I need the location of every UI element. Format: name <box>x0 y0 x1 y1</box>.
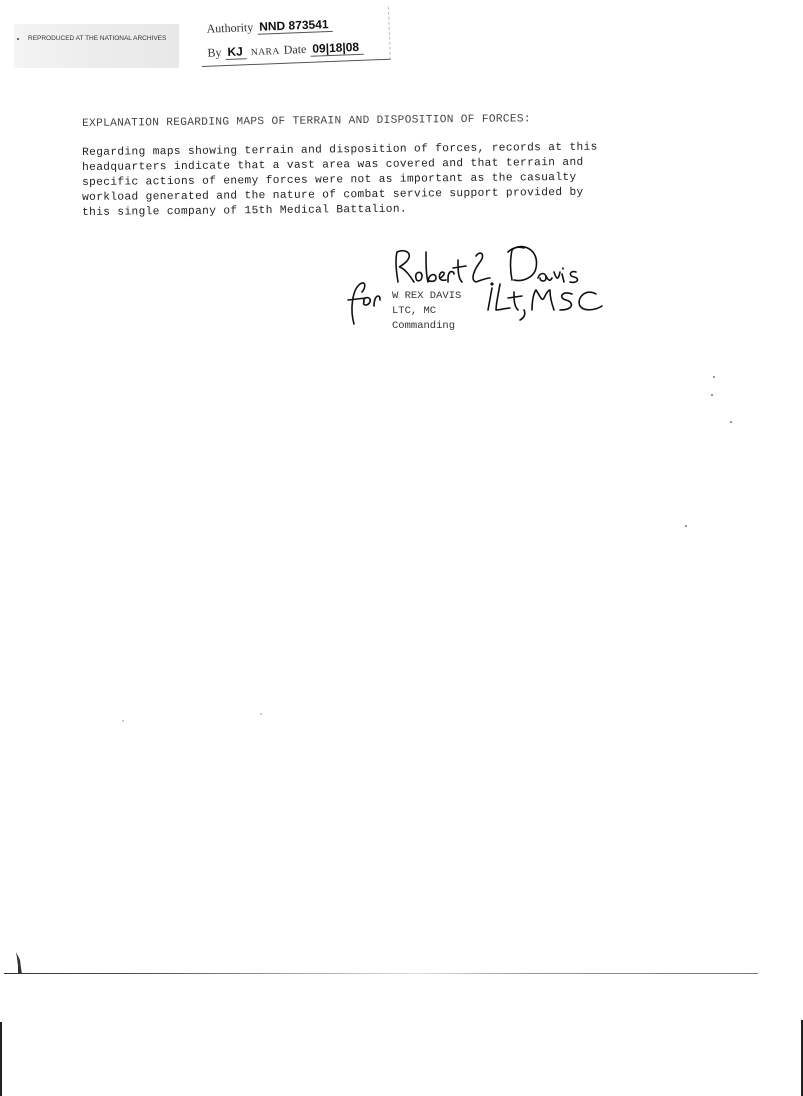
date-label: Date <box>283 42 306 57</box>
speck <box>713 376 715 378</box>
speck <box>260 713 262 715</box>
typed-signer-name: W REX DAVIS <box>392 290 461 302</box>
archive-banner <box>14 24 179 68</box>
date-value: 09|18|08 <box>310 40 363 57</box>
body-line: workload generated and the nature of com… <box>82 187 584 204</box>
archive-banner-text: REPRODUCED AT THE NATIONAL ARCHIVES <box>28 35 166 42</box>
speck <box>711 394 713 396</box>
speck <box>730 421 732 423</box>
typed-signer-rank: LTC, MC <box>392 305 436 317</box>
bottom-rule <box>4 973 758 974</box>
declassification-stamp: Authority NND 873541 By KJ NARA Date 09|… <box>200 7 391 67</box>
by-label: By <box>207 45 222 60</box>
speck <box>17 38 19 40</box>
signature-block: W REX DAVIS LTC, MC Commanding <box>340 240 610 340</box>
body-line: headquarters indicate that a vast area w… <box>82 157 584 174</box>
authority-value: NND 873541 <box>257 17 333 35</box>
body-line: this single company of 15th Medical Batt… <box>82 204 407 219</box>
authority-label: Authority <box>206 20 253 36</box>
body-line: specific actions of enemy forces were no… <box>82 172 577 189</box>
page-edge-left <box>0 1022 2 1096</box>
document-page: REPRODUCED AT THE NATIONAL ARCHIVES Auth… <box>0 0 803 1096</box>
nara-label: NARA <box>251 47 280 58</box>
speck <box>685 525 687 527</box>
speck <box>122 720 124 722</box>
body-line: Regarding maps showing terrain and dispo… <box>82 142 598 159</box>
handwritten-signature-icon <box>340 240 610 340</box>
by-value: KJ <box>225 44 247 60</box>
typed-signer-role: Commanding <box>392 320 455 332</box>
document-heading: EXPLANATION REGARDING MAPS OF TERRAIN AN… <box>82 113 531 130</box>
